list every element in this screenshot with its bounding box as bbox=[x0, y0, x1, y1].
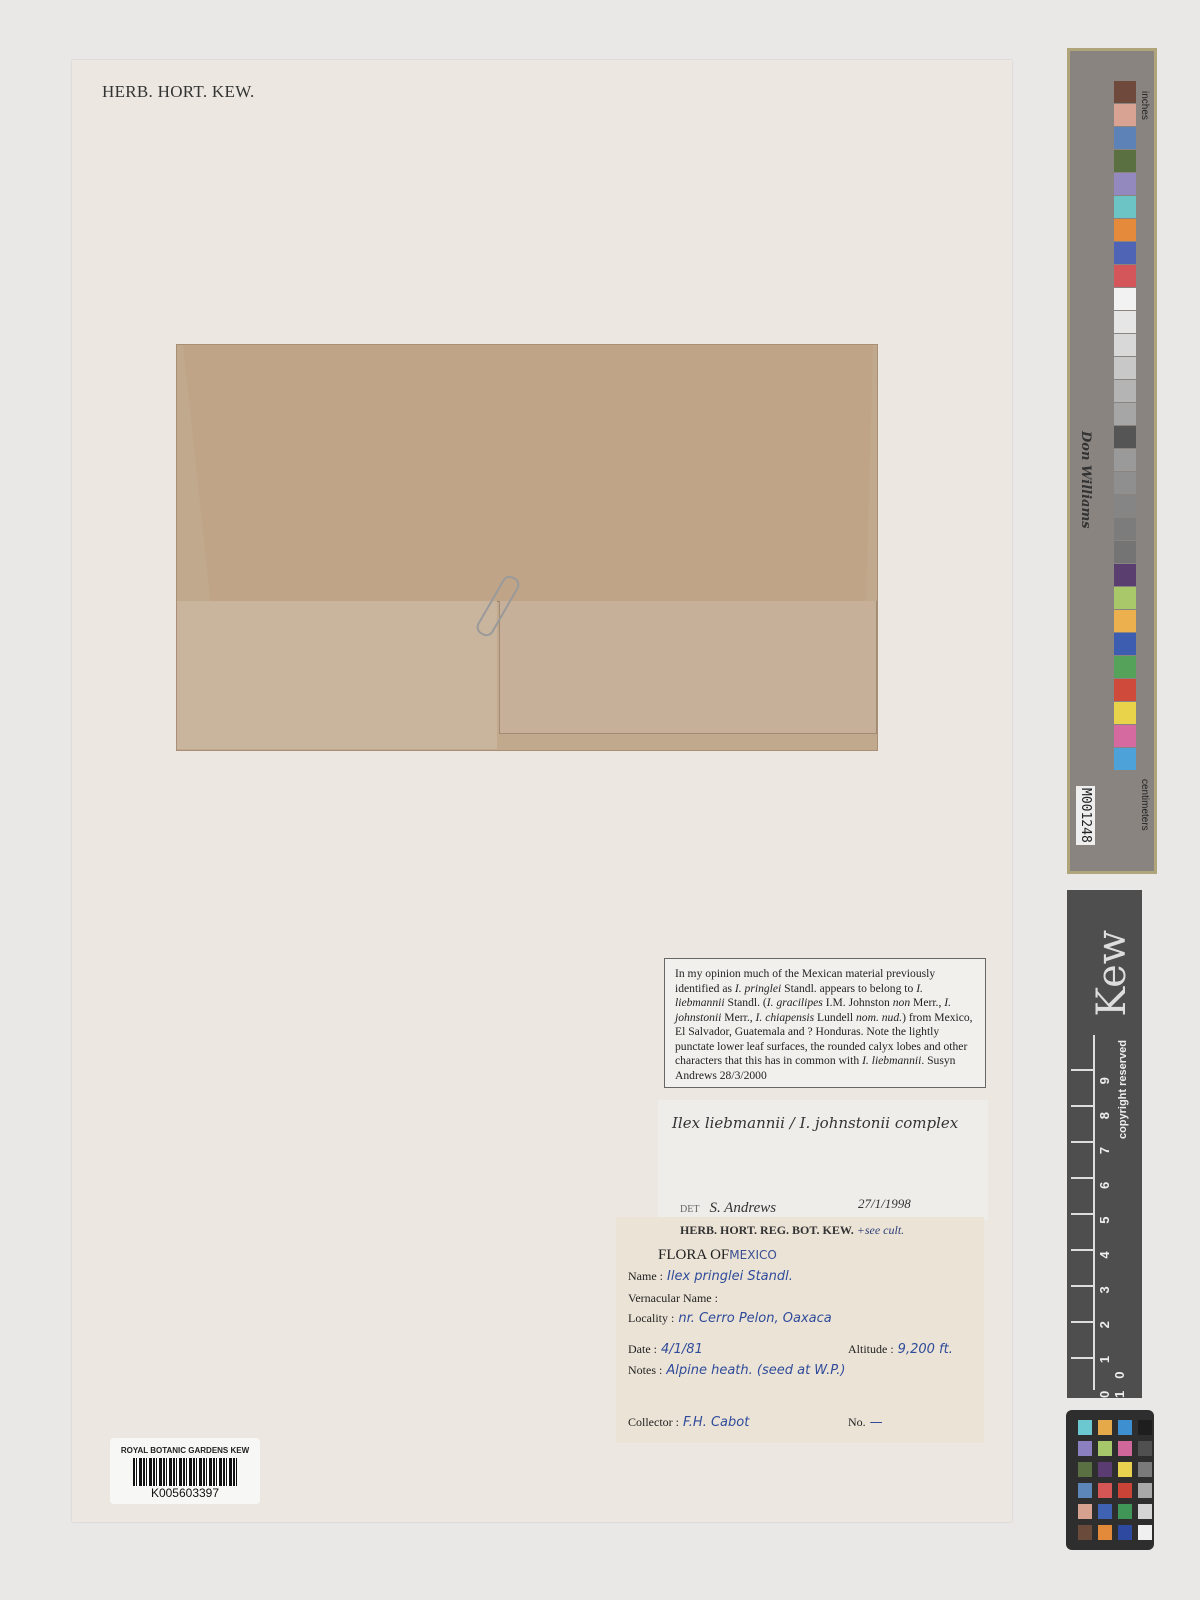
color-patch bbox=[1098, 1420, 1112, 1435]
determination-footer: DETS. Andrews bbox=[680, 1200, 786, 1217]
color-patch bbox=[1078, 1504, 1092, 1519]
color-patch bbox=[1098, 1483, 1112, 1498]
sheet-header: HERB. HORT. KEW. bbox=[102, 82, 255, 102]
color-patch bbox=[1138, 1525, 1152, 1540]
locality-row: Locality :nr. Cerro Pelon, Oaxaca bbox=[628, 1311, 832, 1326]
color-swatch bbox=[1114, 288, 1136, 310]
color-patch bbox=[1138, 1420, 1152, 1435]
kew-scale-ticks bbox=[1071, 1035, 1095, 1390]
color-density-scale: inches Don Williams M001248 centimeters bbox=[1067, 48, 1157, 874]
barcode-label[interactable]: ROYAL BOTANIC GARDENS KEW K005603397 bbox=[110, 1438, 260, 1504]
barcode-org: ROYAL BOTANIC GARDENS KEW bbox=[110, 1446, 260, 1455]
color-swatch bbox=[1114, 518, 1136, 540]
color-patch bbox=[1138, 1441, 1152, 1456]
locality-value: nr. Cerro Pelon, Oaxaca bbox=[678, 1311, 831, 1326]
barcode-icon bbox=[133, 1458, 237, 1486]
specimen-envelope[interactable] bbox=[176, 344, 878, 751]
name-value: Ilex pringlei Standl. bbox=[667, 1269, 793, 1284]
herbarium-sheet: HERB. HORT. KEW. In my opinion much of t… bbox=[72, 60, 1012, 1522]
name-row: Name :Ilex pringlei Standl. bbox=[628, 1269, 793, 1284]
color-swatch bbox=[1114, 173, 1136, 195]
flora-of: FLORA OFMEXICO bbox=[658, 1247, 777, 1264]
envelope-pocket bbox=[499, 601, 877, 734]
opinion-note: In my opinion much of the Mexican materi… bbox=[664, 958, 986, 1088]
vernacular-row: Vernacular Name : bbox=[628, 1291, 722, 1306]
date-row: Date :4/1/81 bbox=[628, 1342, 703, 1357]
color-swatch bbox=[1114, 564, 1136, 586]
color-patch bbox=[1098, 1462, 1112, 1477]
color-swatch bbox=[1114, 472, 1136, 494]
color-swatch bbox=[1114, 449, 1136, 471]
header-annotation: +see cult. bbox=[857, 1223, 904, 1237]
number-row: No.— bbox=[848, 1415, 883, 1430]
color-swatch bbox=[1114, 311, 1136, 333]
color-swatch bbox=[1114, 610, 1136, 632]
inches-label: inches bbox=[1139, 91, 1150, 120]
color-swatch bbox=[1114, 541, 1136, 563]
color-patch bbox=[1078, 1420, 1092, 1435]
color-swatch bbox=[1114, 656, 1136, 678]
color-patch bbox=[1138, 1483, 1152, 1498]
country: MEXICO bbox=[729, 1248, 777, 1262]
color-swatch bbox=[1114, 587, 1136, 609]
color-patch bbox=[1138, 1504, 1152, 1519]
color-swatch bbox=[1114, 702, 1136, 724]
color-patch bbox=[1118, 1483, 1132, 1498]
kew-cm-scale: Kew 0 1 2 3 4 5 6 7 8 9 10 copyright res… bbox=[1067, 890, 1142, 1398]
determination-date: 27/1/1998 bbox=[858, 1196, 911, 1212]
color-swatch bbox=[1114, 357, 1136, 379]
color-swatch bbox=[1114, 196, 1136, 218]
notes-value: Alpine heath. (seed at W.P.) bbox=[666, 1363, 845, 1378]
color-swatch bbox=[1114, 748, 1136, 770]
envelope-flap bbox=[183, 345, 873, 602]
scale-catalog-number: M001248 bbox=[1076, 786, 1095, 845]
kew-copyright: copyright reserved bbox=[1117, 1040, 1129, 1139]
color-patch bbox=[1078, 1483, 1092, 1498]
color-swatch bbox=[1114, 725, 1136, 747]
color-patch bbox=[1118, 1420, 1132, 1435]
collection-label: HERB. HORT. REG. BOT. KEW. +see cult. FL… bbox=[616, 1217, 984, 1443]
color-patch bbox=[1078, 1462, 1092, 1477]
color-patch bbox=[1118, 1525, 1132, 1540]
determination-slip: Ilex liebmannii / I. johnstonii complex … bbox=[658, 1100, 988, 1220]
altitude-value: 9,200 ft. bbox=[898, 1342, 953, 1357]
scale-swatches bbox=[1114, 81, 1136, 771]
color-patch bbox=[1078, 1525, 1092, 1540]
color-swatch bbox=[1114, 150, 1136, 172]
color-patch bbox=[1118, 1462, 1132, 1477]
kew-logo: Kew bbox=[1089, 930, 1135, 1017]
color-swatch bbox=[1114, 495, 1136, 517]
color-swatch bbox=[1114, 265, 1136, 287]
det-label: DET bbox=[680, 1204, 699, 1215]
determiner-signature: S. Andrews bbox=[709, 1200, 776, 1216]
color-patch bbox=[1078, 1441, 1092, 1456]
color-patch bbox=[1118, 1504, 1132, 1519]
date-value: 4/1/81 bbox=[661, 1342, 703, 1357]
altitude-row: Altitude :9,200 ft. bbox=[848, 1342, 953, 1357]
color-swatch bbox=[1114, 127, 1136, 149]
notes-row: Notes :Alpine heath. (seed at W.P.) bbox=[628, 1363, 846, 1378]
label-header: HERB. HORT. REG. BOT. KEW. +see cult. bbox=[680, 1223, 904, 1238]
barcode-number: K005603397 bbox=[110, 1486, 260, 1500]
color-swatch bbox=[1114, 380, 1136, 402]
color-swatch bbox=[1114, 104, 1136, 126]
collector-row: Collector :F.H. Cabot bbox=[628, 1415, 749, 1430]
color-swatch bbox=[1114, 679, 1136, 701]
collector-value: F.H. Cabot bbox=[683, 1415, 749, 1430]
color-swatch bbox=[1114, 403, 1136, 425]
color-patch bbox=[1098, 1525, 1112, 1540]
centimeters-label: centimeters bbox=[1139, 779, 1150, 831]
color-swatch bbox=[1114, 426, 1136, 448]
color-patch bbox=[1118, 1441, 1132, 1456]
color-swatch bbox=[1114, 242, 1136, 264]
color-patch bbox=[1098, 1441, 1112, 1456]
color-swatch bbox=[1114, 219, 1136, 241]
color-swatch bbox=[1114, 334, 1136, 356]
color-swatch bbox=[1114, 633, 1136, 655]
color-patch bbox=[1138, 1462, 1152, 1477]
color-checker-card bbox=[1066, 1410, 1154, 1550]
scale-brand: Don Williams bbox=[1078, 431, 1093, 529]
envelope-body bbox=[177, 601, 497, 749]
color-patch bbox=[1098, 1504, 1112, 1519]
determination-name: Ilex liebmannii / I. johnstonii complex bbox=[672, 1114, 958, 1132]
color-swatch bbox=[1114, 81, 1136, 103]
